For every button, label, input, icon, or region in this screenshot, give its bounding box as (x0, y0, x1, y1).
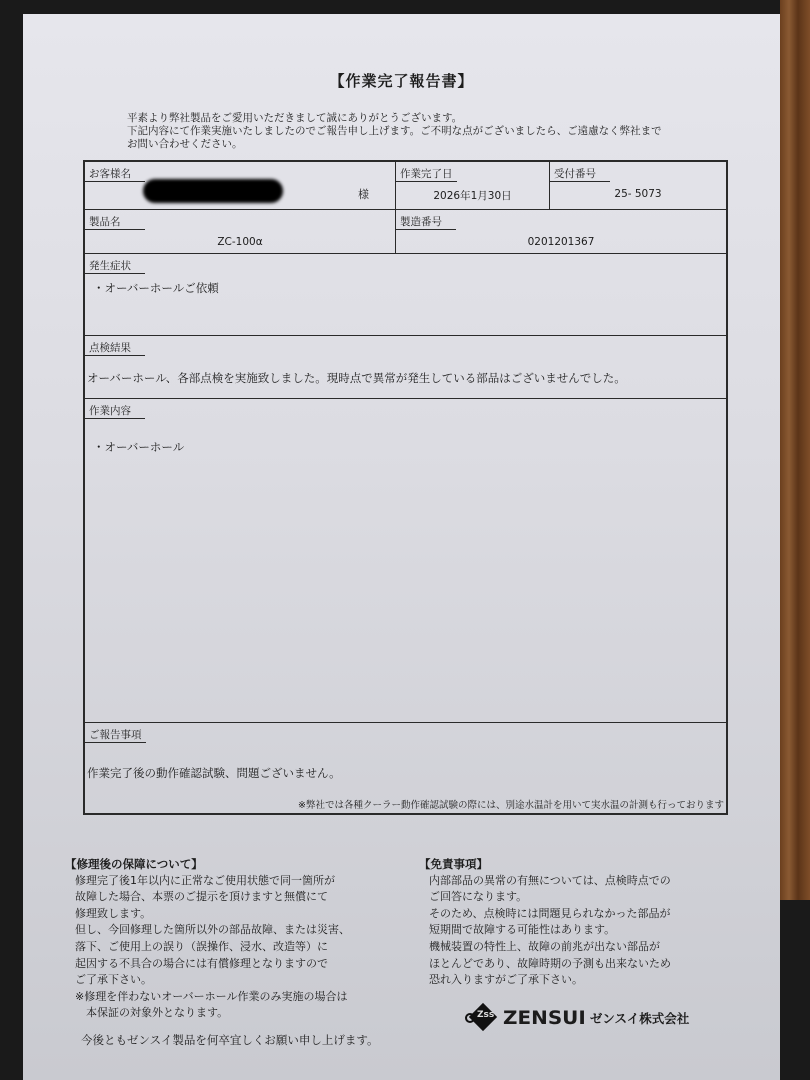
completion-date-label: 作業完了日 (396, 165, 457, 182)
report-label: ご報告事項 (85, 726, 146, 743)
report-form: お客様名 様 作業完了日 2026年1月30日 受付番号 25- 5073 製品… (83, 160, 728, 815)
warranty-line: 起因する不具合の場合には有償修理となりますので (75, 956, 405, 973)
work-section: 作業内容 ・オーバーホール (85, 399, 726, 723)
customer-suffix: 様 (358, 186, 369, 202)
product-cell: 製品名 ZC-100α (85, 210, 396, 253)
customer-row: お客様名 様 作業完了日 2026年1月30日 受付番号 25- 5073 (85, 162, 726, 210)
warranty-line: 修理致します。 (75, 906, 405, 923)
warranty-line: ご了承下さい。 (75, 972, 405, 989)
warranty-heading: 【修理後の保障について】 (65, 856, 405, 873)
customer-cell: お客様名 様 (85, 162, 396, 209)
disclaimer-line: そのため、点検時には問題見られなかった部品が (429, 906, 739, 923)
warranty-line: 但し、今回修理した箇所以外の部品故障、または災害、 (75, 922, 405, 939)
disclaimer-line: ほとんどであり、故障時期の予測も出来ないため (429, 956, 739, 973)
inspection-label: 点検結果 (85, 339, 145, 356)
disclaimer-line: 恐れ入りますがご了承下さい。 (429, 972, 739, 989)
disclaimer-line: 機械装置の特性上、故障の前兆が出ない部品が (429, 939, 739, 956)
disclaimer-line: 短期間で故障する可能性はあります。 (429, 922, 739, 939)
intro-line: 下記内容にて作業実施いたしましたのでご報告申し上げます。ご不明な点がございました… (127, 125, 727, 138)
document-title: 【作業完了報告書】 (23, 70, 780, 91)
company-name: ゼンスイ株式会社 (590, 1009, 689, 1027)
serial-label: 製造番号 (396, 213, 456, 230)
product-label: 製品名 (85, 213, 145, 230)
report-section: ご報告事項 作業完了後の動作確認試験、問題ございません。 ※弊社では各種クーラー… (85, 723, 726, 813)
report-cell: ご報告事項 作業完了後の動作確認試験、問題ございません。 ※弊社では各種クーラー… (85, 723, 726, 813)
company-logo: Zss ZENSUI ゼンスイ株式会社 (465, 1004, 689, 1032)
inspection-section: 点検結果 オーバーホール、各部点検を実施致しました。現時点で異常が発生している部… (85, 336, 726, 399)
customer-label: お客様名 (85, 165, 145, 182)
wood-surface (780, 0, 810, 900)
warranty-line: 故障した場合、本票のご提示を頂けますと無償にて (75, 889, 405, 906)
disclaimer-line: 内部部品の異常の有無については、点検時点での (429, 873, 739, 890)
disclaimer-heading: 【免責事項】 (419, 856, 739, 873)
inspection-text: オーバーホール、各部点検を実施致しました。現時点で異常が発生している部品はござい… (85, 370, 726, 386)
product-value: ZC-100α (85, 236, 395, 248)
warranty-body: 修理完了後1年以内に正常なご使用状態で同一箇所が 故障した場合、本票のご提示を頂… (65, 873, 405, 1022)
symptom-label: 発生症状 (85, 257, 145, 274)
intro-line: 平素より弊社製品をご愛用いただきまして誠にありがとうございます。 (127, 112, 727, 125)
zensui-fish-logo-icon: Zss (465, 1004, 499, 1032)
intro-line: お問い合わせください。 (127, 138, 727, 151)
redacted-customer-name (143, 179, 283, 203)
warranty-line: 修理完了後1年以内に正常なご使用状態で同一箇所が (75, 873, 405, 890)
completion-date-value: 2026年1月30日 (396, 188, 549, 203)
completion-date-cell: 作業完了日 2026年1月30日 (396, 162, 550, 209)
receipt-number-cell: 受付番号 25- 5073 (550, 162, 726, 209)
receipt-number-label: 受付番号 (550, 165, 610, 182)
serial-cell: 製造番号 0201201367 (396, 210, 726, 253)
work-label: 作業内容 (85, 402, 145, 419)
disclaimer-section: 【免責事項】 内部部品の異常の有無については、点検時点での ご回答になります。 … (419, 856, 739, 989)
report-text: 作業完了後の動作確認試験、問題ございません。 (85, 765, 726, 781)
warranty-section: 【修理後の保障について】 修理完了後1年以内に正常なご使用状態で同一箇所が 故障… (65, 856, 405, 1022)
warranty-line: 本保証の対象外となります。 (75, 1005, 405, 1022)
brand-name: ZENSUI (503, 1007, 586, 1029)
disclaimer-line: ご回答になります。 (429, 889, 739, 906)
symptom-section: 発生症状 ・オーバーホールご依頼 (85, 254, 726, 336)
product-row: 製品名 ZC-100α 製造番号 0201201367 (85, 210, 726, 254)
warranty-line: 落下、ご使用上の誤り（誤操作、浸水、改造等）に (75, 939, 405, 956)
work-cell: 作業内容 ・オーバーホール (85, 399, 726, 722)
serial-value: 0201201367 (396, 236, 726, 248)
disclaimer-body: 内部部品の異常の有無については、点検時点での ご回答になります。 そのため、点検… (419, 873, 739, 989)
inspection-cell: 点検結果 オーバーホール、各部点検を実施致しました。現時点で異常が発生している部… (85, 336, 726, 398)
work-text: ・オーバーホール (85, 439, 726, 455)
symptom-text: ・オーバーホールご依頼 (85, 280, 726, 296)
report-footnote: ※弊社では各種クーラー動作確認試験の際には、別途水温計を用いて実水温の計測も行っ… (298, 797, 724, 811)
warranty-line: ※修理を伴わないオーバーホール作業のみ実施の場合は (75, 989, 405, 1006)
symptom-cell: 発生症状 ・オーバーホールご依頼 (85, 254, 726, 335)
receipt-number-value: 25- 5073 (550, 188, 726, 200)
intro-text: 平素より弊社製品をご愛用いただきまして誠にありがとうございます。 下記内容にて作… (127, 112, 727, 151)
report-paper: 【作業完了報告書】 平素より弊社製品をご愛用いただきまして誠にありがとうございま… (23, 14, 780, 1080)
closing-message: 今後ともゼンスイ製品を何卒宜しくお願い申し上げます。 (81, 1032, 379, 1048)
